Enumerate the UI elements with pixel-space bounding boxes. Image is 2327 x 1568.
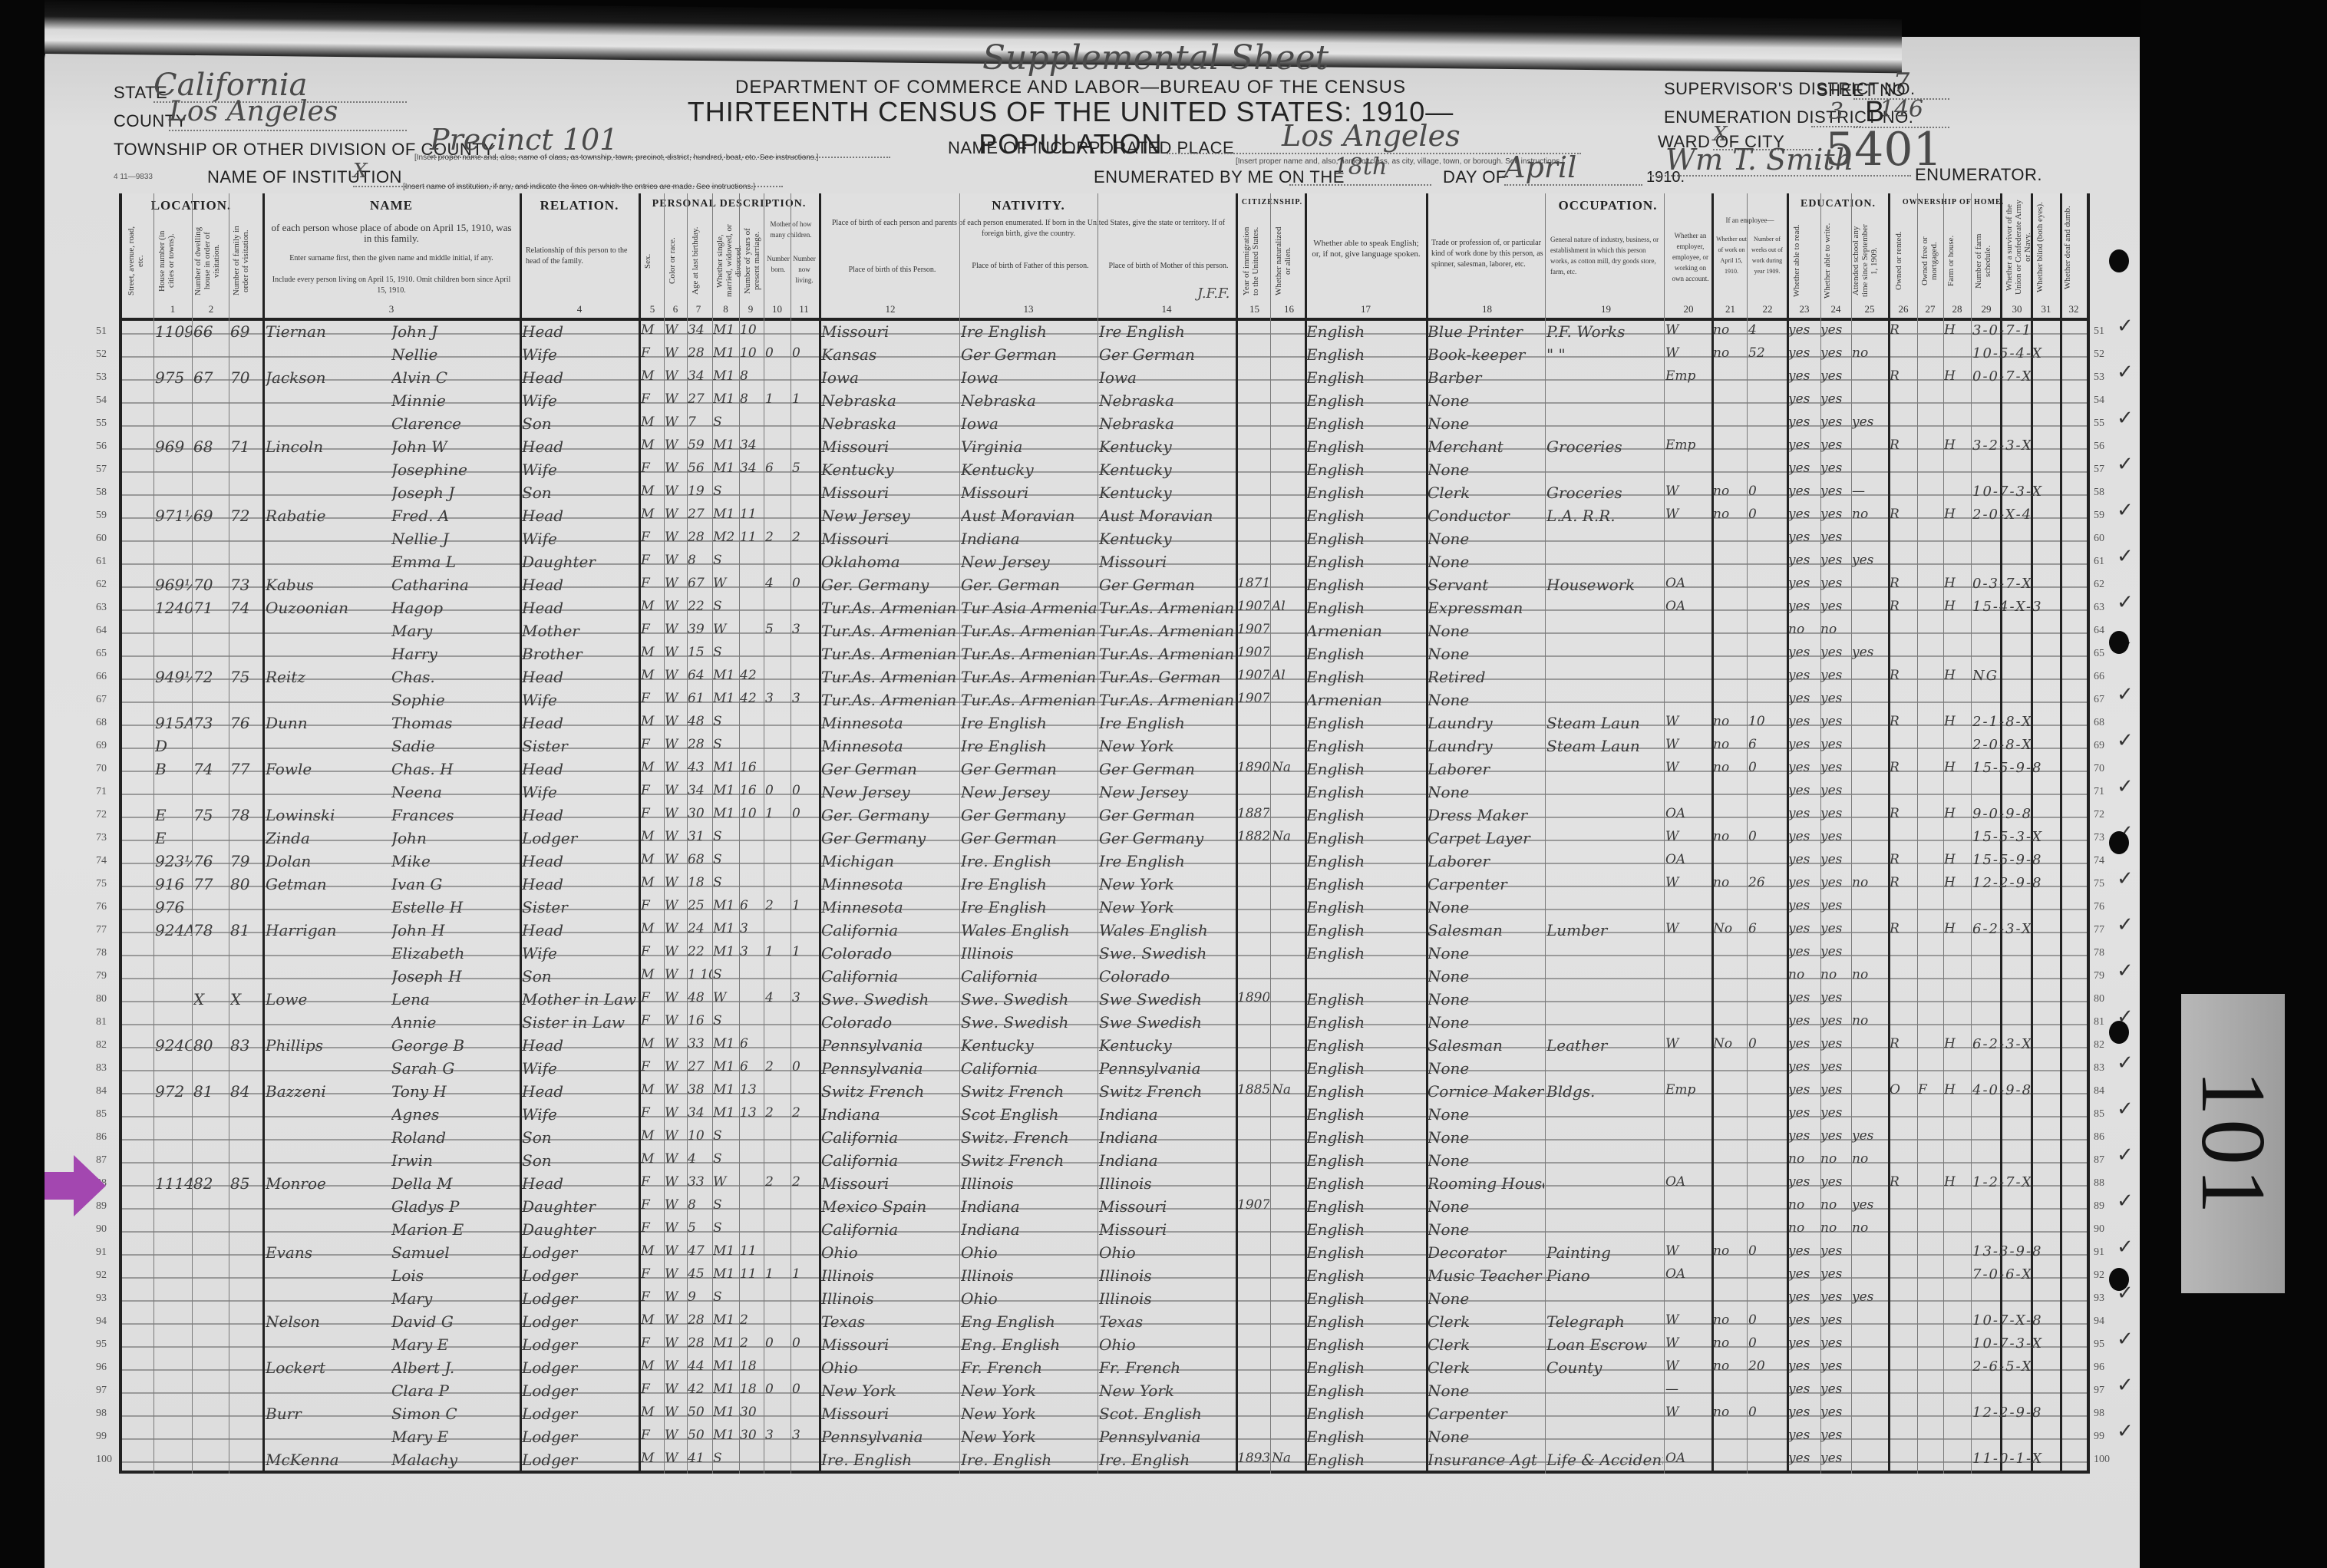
cell-surname: Lockert xyxy=(266,1358,388,1377)
cell-attended-school: yes xyxy=(1852,1197,1887,1213)
cell-birthplace: Tur.As. Armenian xyxy=(821,668,958,686)
cell-father-birthplace: California xyxy=(961,1059,1096,1078)
cell-farm-house: H xyxy=(1944,1174,1970,1190)
cell-can-write: yes xyxy=(1820,1266,1851,1282)
cell-trade: Book-keeper xyxy=(1428,345,1544,364)
line-number-left: 67 xyxy=(96,694,107,706)
cell-relationship: Lodger xyxy=(522,1266,637,1285)
cell-language: English xyxy=(1306,599,1424,617)
cell-can-write: yes xyxy=(1820,1451,1851,1466)
cell-mother-birthplace: Ire. English xyxy=(1099,1451,1234,1469)
cell-age: 28 xyxy=(688,345,712,361)
cell-industry: Groceries xyxy=(1546,437,1663,456)
line-number-right: 88 xyxy=(2094,1177,2104,1190)
cell-industry: Leather xyxy=(1546,1036,1663,1055)
cell-age: 34 xyxy=(688,368,712,384)
cell-father-birthplace: Wales English xyxy=(961,921,1096,939)
cell-industry: " " xyxy=(1546,345,1663,364)
line-number-right: 72 xyxy=(2094,809,2104,821)
line-number-left: 72 xyxy=(96,809,107,821)
cell-years-married: 18 xyxy=(740,1381,763,1397)
cell-can-write: no xyxy=(1820,1220,1851,1236)
cell-birthplace: Mexico Spain xyxy=(821,1197,958,1216)
line-number-left: 85 xyxy=(96,1108,107,1121)
table-row: 69DSadieSisterFW28SMinnesotaIre EnglishN… xyxy=(0,735,1965,758)
cell-trade: Carpet Layer xyxy=(1428,829,1544,847)
hdr-trade: Trade or profession of, or particular ki… xyxy=(1431,238,1546,270)
line-number-left: 76 xyxy=(96,901,107,913)
cell-owned-rented: O xyxy=(1890,1082,1917,1098)
cell-birthplace: Tur.As. Armenian xyxy=(821,599,958,617)
cell-weeks-unemployed: 0 xyxy=(1748,1405,1785,1420)
cell-language: English xyxy=(1306,1381,1424,1400)
cell-relationship: Lodger xyxy=(522,1451,637,1469)
cell-house-number: 969½ xyxy=(155,576,192,594)
cell-can-read: yes xyxy=(1788,668,1819,683)
cell-years-married: 30 xyxy=(740,1428,763,1443)
cell-can-write: yes xyxy=(1820,714,1851,729)
cell-relationship: Son xyxy=(522,414,637,433)
line-number-left: 77 xyxy=(96,924,107,936)
cell-can-write: yes xyxy=(1820,1105,1851,1121)
cell-children-born: 5 xyxy=(765,622,790,637)
cell-birthplace: Colorado xyxy=(821,1013,958,1032)
cell-birthplace: Swe. Swedish xyxy=(821,990,958,1008)
cell-coding-marks: NG xyxy=(1972,668,2088,684)
cell-coding-marks: 2-1-8-X xyxy=(1972,714,2088,730)
table-row: 52NellieWifeFW28M11000KansasGer GermanGe… xyxy=(0,344,1965,367)
cell-father-birthplace: Ire English xyxy=(961,322,1096,341)
cell-sex: M xyxy=(641,322,664,338)
cell-father-birthplace: New York xyxy=(961,1428,1096,1446)
enumerated-month-field: April xyxy=(1504,150,1642,186)
county-field: Los Angeles xyxy=(169,96,407,131)
table-row: 539756770JacksonAlvin CHeadMW34M18IowaIo… xyxy=(0,367,1965,390)
cell-language: English xyxy=(1306,345,1424,364)
cell-language: English xyxy=(1306,576,1424,594)
line-number-right: 53 xyxy=(2094,371,2104,384)
cell-industry: Piano xyxy=(1546,1266,1663,1285)
cell-mother-birthplace: Switz French xyxy=(1099,1082,1234,1101)
hdr-street: Street, avenue, road, etc. xyxy=(127,223,142,299)
cell-age: 24 xyxy=(688,921,712,936)
cell-attended-school: yes xyxy=(1852,1128,1887,1144)
cell-surname: Reitz xyxy=(266,668,388,686)
cell-sex: F xyxy=(641,345,664,361)
table-row: 78ElizabethWifeFW22M1311ColoradoIllinois… xyxy=(0,942,1965,966)
cell-relationship: Lodger xyxy=(522,1312,637,1331)
cell-birthplace: Minnesota xyxy=(821,714,958,732)
table-row: 68915A7376DunnThomasHeadMW48SMinnesotaIr… xyxy=(0,712,1965,735)
cell-employer-status: W xyxy=(1665,1243,1710,1259)
cell-children-living: 1 xyxy=(792,944,818,959)
cell-sex: M xyxy=(641,645,664,660)
cell-age: 7 xyxy=(688,414,712,430)
cell-age: 45 xyxy=(688,1266,712,1282)
cell-naturalization: Na xyxy=(1272,1082,1304,1098)
cell-age: 50 xyxy=(688,1405,712,1420)
line-number-left: 75 xyxy=(96,878,107,890)
cell-years-married: 3 xyxy=(740,921,763,936)
cell-can-read: yes xyxy=(1788,1312,1819,1328)
cell-years-married: 34 xyxy=(740,437,763,453)
cell-race: W xyxy=(665,1013,688,1028)
line-number-left: 55 xyxy=(96,418,107,430)
cell-birthplace: Ohio xyxy=(821,1243,958,1262)
cell-out-of-work: no xyxy=(1713,507,1747,522)
cell-employer-status: W xyxy=(1665,875,1710,890)
cell-out-of-work: no xyxy=(1713,1243,1747,1259)
cell-farm-house: H xyxy=(1944,668,1970,683)
cell-trade: None xyxy=(1428,553,1544,571)
cell-language: English xyxy=(1306,507,1424,525)
cell-relationship: Son xyxy=(522,1151,637,1170)
cell-marital-status: M1 xyxy=(713,460,739,476)
cell-birthplace: Missouri xyxy=(821,1405,958,1423)
cell-owned-rented: R xyxy=(1890,599,1917,614)
table-row: 90Marion EDaughterFW5SCaliforniaIndianaM… xyxy=(0,1219,1965,1242)
cell-can-read: yes xyxy=(1788,1082,1819,1098)
line-number-right: 87 xyxy=(2094,1154,2104,1167)
table-row: 93MaryLodgerFW9SIllinoisOhioIllinoisEngl… xyxy=(0,1288,1965,1311)
cell-father-birthplace: Switz. French xyxy=(961,1128,1096,1147)
cell-race: W xyxy=(665,530,688,545)
hdr-age: Age at last birthday. xyxy=(691,223,710,299)
line-number-left: 58 xyxy=(96,487,107,499)
cell-given-name: John J xyxy=(391,322,518,341)
cell-race: W xyxy=(665,599,688,614)
cell-can-read: yes xyxy=(1788,437,1819,453)
cell-race: W xyxy=(665,460,688,476)
cell-employer-status: W xyxy=(1665,507,1710,522)
cell-can-write: yes xyxy=(1820,345,1851,361)
cell-race: W xyxy=(665,691,688,706)
cell-trade: Carpenter xyxy=(1428,1405,1544,1423)
cell-marital-status: S xyxy=(713,1289,739,1305)
cell-attended-school: — xyxy=(1852,484,1887,499)
line-number-right: 75 xyxy=(2094,878,2104,890)
cell-marital-status: M1 xyxy=(713,1405,739,1420)
cell-race: W xyxy=(665,1358,688,1374)
cell-mother-birthplace: Ger German xyxy=(1099,345,1234,364)
cell-given-name: Alvin C xyxy=(391,368,518,387)
cell-employer-status: OA xyxy=(1665,1266,1710,1282)
line-number-right: 98 xyxy=(2094,1408,2104,1420)
cell-given-name: Mary xyxy=(391,1289,518,1308)
colnum-8: 8 xyxy=(712,303,739,315)
cell-sex: M xyxy=(641,1312,664,1328)
cell-birthplace: Oklahoma xyxy=(821,553,958,571)
cell-can-read: yes xyxy=(1788,1105,1819,1121)
table-row: 94NelsonDavid GLodgerMW28M12TexasEng Eng… xyxy=(0,1311,1965,1334)
cell-marital-status: S xyxy=(713,737,739,752)
cell-father-birthplace: Indiana xyxy=(961,1220,1096,1239)
cell-relationship: Daughter xyxy=(522,1197,637,1216)
cell-children-living: 1 xyxy=(792,898,818,913)
cell-language: English xyxy=(1306,368,1424,387)
line-number-left: 70 xyxy=(96,763,107,775)
cell-trade: None xyxy=(1428,645,1544,663)
checkmark-icon: ✓ xyxy=(2117,729,2134,752)
cell-given-name: Joseph J xyxy=(391,484,518,502)
cell-children-living: 0 xyxy=(792,1335,818,1351)
cell-sex: M xyxy=(641,1451,664,1466)
cell-mother-birthplace: Nebraska xyxy=(1099,391,1234,410)
cell-owned-rented: R xyxy=(1890,576,1917,591)
cell-coding-marks: 10-5-4-X xyxy=(1972,345,2088,361)
line-number-right: 90 xyxy=(2094,1223,2104,1236)
cell-father-birthplace: Ger German xyxy=(961,345,1096,364)
cell-weeks-unemployed: 0 xyxy=(1748,507,1785,522)
cell-children-living: 2 xyxy=(792,530,818,545)
hdr-name-instructions-2: Include every person living on April 15,… xyxy=(269,275,514,296)
cell-age: 39 xyxy=(688,622,712,637)
cell-relationship: Wife xyxy=(522,391,637,410)
cell-mother-birthplace: Wales English xyxy=(1099,921,1234,939)
hdr-birthplace-person: Place of birth of this Person. xyxy=(825,265,959,276)
cell-dwelling-number: 73 xyxy=(193,714,227,732)
cell-age: 61 xyxy=(688,691,712,706)
cell-owned-rented: R xyxy=(1890,437,1917,453)
hdr-owned-mortgaged: Owned free or mortgaged. xyxy=(1920,223,1942,299)
cell-weeks-unemployed: 6 xyxy=(1748,921,1785,936)
cell-given-name: John xyxy=(391,829,518,847)
cell-can-read: yes xyxy=(1788,714,1819,729)
hdr-weeks-out: Number of weeks out of work during year … xyxy=(1750,234,1784,277)
cell-race: W xyxy=(665,645,688,660)
cell-weeks-unemployed: 0 xyxy=(1748,1312,1785,1328)
cell-language: English xyxy=(1306,1013,1424,1032)
cell-can-write: yes xyxy=(1820,1013,1851,1028)
cell-industry: Housework xyxy=(1546,576,1663,594)
colnum-6: 6 xyxy=(664,303,687,315)
cell-sex: M xyxy=(641,1128,664,1144)
table-row: 60Nellie JWifeFW28M21122MissouriIndianaK… xyxy=(0,528,1965,551)
cell-relationship: Lodger xyxy=(522,1381,637,1400)
cell-marital-status: W xyxy=(713,990,739,1005)
cell-given-name: Catharina xyxy=(391,576,518,594)
cell-immigration-year: 1882 xyxy=(1237,829,1269,844)
cell-can-write: yes xyxy=(1820,553,1851,568)
cell-marital-status: W xyxy=(713,576,739,591)
cell-dwelling-number: 75 xyxy=(193,806,227,824)
colnum-32: 32 xyxy=(2060,303,2088,315)
cell-race: W xyxy=(665,898,688,913)
cell-house-number: 1114 xyxy=(155,1174,192,1193)
line-number-left: 73 xyxy=(96,832,107,844)
line-number-right: 92 xyxy=(2094,1269,2104,1282)
cell-employer-status: W xyxy=(1665,1405,1710,1420)
cell-family-number: X xyxy=(230,990,262,1008)
cell-father-birthplace: Tur.As. Armenian xyxy=(961,622,1096,640)
checkmark-icon: ✓ xyxy=(2117,315,2134,338)
cell-children-living: 0 xyxy=(792,345,818,361)
cell-trade: None xyxy=(1428,1428,1544,1446)
cell-can-read: yes xyxy=(1788,1174,1819,1190)
cell-dwelling-number: 80 xyxy=(193,1036,227,1055)
cell-farm-house: H xyxy=(1944,507,1970,522)
line-number-right: 86 xyxy=(2094,1131,2104,1144)
cell-trade: None xyxy=(1428,1013,1544,1032)
cell-can-write: yes xyxy=(1820,852,1851,867)
cell-father-birthplace: Iowa xyxy=(961,368,1096,387)
cell-children-born: 0 xyxy=(765,783,790,798)
cell-language: English xyxy=(1306,1335,1424,1354)
cell-dwelling-number: 72 xyxy=(193,668,227,686)
cell-family-number: 78 xyxy=(230,806,262,824)
cell-trade: None xyxy=(1428,783,1544,801)
cell-race: W xyxy=(665,829,688,844)
cell-language: English xyxy=(1306,852,1424,870)
cell-house-number: D xyxy=(155,737,192,755)
cell-age: 38 xyxy=(688,1082,712,1098)
cell-surname: Evans xyxy=(266,1243,388,1262)
cell-given-name: Elizabeth xyxy=(391,944,518,962)
table-row: 65HarryBrotherMW15STur.As. ArmenianTur.A… xyxy=(0,643,1965,666)
line-number-left: 53 xyxy=(96,371,107,384)
cell-trade: None xyxy=(1428,1059,1544,1078)
cell-surname: Jackson xyxy=(266,368,388,387)
cell-language: English xyxy=(1306,1405,1424,1423)
cell-farm-house: H xyxy=(1944,437,1970,453)
colnum-4: 4 xyxy=(522,303,637,315)
cell-sex: M xyxy=(641,760,664,775)
cell-trade: Barber xyxy=(1428,368,1544,387)
checkmark-icon: ✓ xyxy=(2117,1420,2134,1443)
cell-father-birthplace: California xyxy=(961,967,1096,985)
punch-hole xyxy=(2109,831,2129,854)
cell-can-read: yes xyxy=(1788,898,1819,913)
cell-birthplace: Missouri xyxy=(821,1174,958,1193)
cell-race: W xyxy=(665,1197,688,1213)
cell-sex: F xyxy=(641,553,664,568)
cell-years-married: 34 xyxy=(740,460,763,476)
cell-age: 9 xyxy=(688,1289,712,1305)
cell-industry: County xyxy=(1546,1358,1663,1377)
line-number-right: 100 xyxy=(2094,1454,2110,1466)
cell-sex: M xyxy=(641,599,664,614)
table-row: 100McKennaMalachyLodgerMW41SIre. English… xyxy=(0,1449,1965,1472)
cell-birthplace: Ger. Germany xyxy=(821,806,958,824)
cell-employer-status: W xyxy=(1665,1358,1710,1374)
cell-naturalization: Na xyxy=(1272,760,1304,775)
cell-owned-rented: R xyxy=(1890,875,1917,890)
cell-given-name: Chas. xyxy=(391,668,518,686)
cell-given-name: Roland xyxy=(391,1128,518,1147)
cell-age: 22 xyxy=(688,944,712,959)
cell-sex: F xyxy=(641,622,664,637)
cell-marital-status: S xyxy=(713,1013,739,1028)
cell-language: English xyxy=(1306,760,1424,778)
cell-naturalization: Na xyxy=(1272,829,1304,844)
table-row: 6312407174OuzoonianHagopHeadMW22STur.As.… xyxy=(0,597,1965,620)
cell-children-born: 3 xyxy=(765,691,790,706)
cell-relationship: Brother xyxy=(522,645,637,663)
cell-mother-birthplace: Missouri xyxy=(1099,1220,1234,1239)
rule xyxy=(1971,193,1972,1474)
cell-sex: M xyxy=(641,1405,664,1420)
cell-birthplace: New York xyxy=(821,1381,958,1400)
cell-mother-birthplace: Missouri xyxy=(1099,1197,1234,1216)
cell-relationship: Lodger xyxy=(522,829,637,847)
cell-race: W xyxy=(665,1451,688,1466)
cell-employer-status: OA xyxy=(1665,576,1710,591)
line-number-left: 64 xyxy=(96,625,107,637)
cell-language: English xyxy=(1306,714,1424,732)
cell-immigration-year: 1907 xyxy=(1237,599,1269,614)
cell-employer-status: OA xyxy=(1665,852,1710,867)
checkmark-icon: ✓ xyxy=(2117,775,2134,798)
cell-given-name: Tony H xyxy=(391,1082,518,1101)
line-number-left: 65 xyxy=(96,648,107,660)
cell-house-number: 924A xyxy=(155,921,192,939)
cell-race: W xyxy=(665,1036,688,1051)
colnum-1: 1 xyxy=(157,303,188,315)
cell-coding-marks: 6-2-3-X xyxy=(1972,921,2088,937)
cell-years-married: 6 xyxy=(740,1036,763,1051)
line-number-left: 83 xyxy=(96,1062,107,1074)
cell-race: W xyxy=(665,1335,688,1351)
cell-relationship: Wife xyxy=(522,460,637,479)
cell-race: W xyxy=(665,1105,688,1121)
cell-attended-school: no xyxy=(1852,875,1887,890)
line-number-left: 99 xyxy=(96,1431,107,1443)
cell-marital-status: S xyxy=(713,852,739,867)
cell-trade: None xyxy=(1428,622,1544,640)
supplemental-sheet-annotation: Supplemental Sheet xyxy=(982,38,1329,78)
cell-marital-status: S xyxy=(713,1151,739,1167)
cell-race: W xyxy=(665,944,688,959)
cell-language: Armenian xyxy=(1306,691,1424,709)
cell-father-birthplace: New Jersey xyxy=(961,783,1096,801)
cell-marital-status: M1 xyxy=(713,760,739,775)
cell-race: W xyxy=(665,622,688,637)
cell-father-birthplace: Fr. French xyxy=(961,1358,1096,1377)
cell-father-birthplace: Ire English xyxy=(961,737,1096,755)
cell-can-write: yes xyxy=(1820,829,1851,844)
cell-coding-marks: 12-2-9-8 xyxy=(1972,875,2088,891)
cell-industry: Loan Escrow xyxy=(1546,1335,1663,1354)
cell-trade: Laundry xyxy=(1428,737,1544,755)
hdr-birthplace-father: Place of birth of Father of this person. xyxy=(963,261,1097,272)
cell-birthplace: Missouri xyxy=(821,530,958,548)
line-number-left: 62 xyxy=(96,579,107,591)
cell-can-read: yes xyxy=(1788,345,1819,361)
table-row: 8811148285MonroeDella MHeadFW33W22Missou… xyxy=(0,1173,1965,1196)
cell-mother-birthplace: Tur.As. German xyxy=(1099,668,1234,686)
cell-language: English xyxy=(1306,1036,1424,1055)
cell-years-married: 8 xyxy=(740,391,763,407)
film-reel-label: 101 xyxy=(2181,994,2285,1293)
hdr-annotation-jff: J.F.F. xyxy=(1197,286,1230,302)
cell-mother-birthplace: Indiana xyxy=(1099,1128,1234,1147)
cell-birthplace: New Jersey xyxy=(821,783,958,801)
cell-children-living: 0 xyxy=(792,806,818,821)
cell-given-name: Minnie xyxy=(391,391,518,410)
hdr-sex: Sex. xyxy=(643,223,658,299)
line-number-left: 86 xyxy=(96,1131,107,1144)
table-row: 79Joseph HSonMW1 10/12SCaliforniaCalifor… xyxy=(0,966,1965,989)
cell-children-living: 3 xyxy=(792,691,818,706)
hdr-naturalized: Whether naturalized or alien. xyxy=(1274,223,1301,299)
cell-can-read: yes xyxy=(1788,507,1819,522)
cell-relationship: Wife xyxy=(522,783,637,801)
cell-relationship: Lodger xyxy=(522,1243,637,1262)
table-row: 80XXLoweLenaMother in LawFW48W43Swe. Swe… xyxy=(0,989,1965,1012)
cell-father-birthplace: New York xyxy=(961,1405,1096,1423)
line-number-right: 91 xyxy=(2094,1246,2104,1259)
colnum-19: 19 xyxy=(1546,303,1665,315)
